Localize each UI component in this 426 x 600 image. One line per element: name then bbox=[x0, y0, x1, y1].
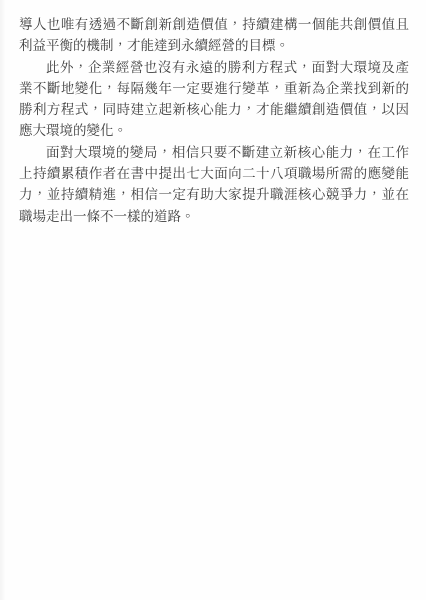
paragraph-2: 此外，企業經營也沒有永遠的勝利方程式，面對大環境及產業不斷地變化，每隔幾年一定要… bbox=[19, 57, 409, 142]
paragraph-3: 面對大環境的變局，相信只要不斷建立新核心能力，在工作上持續累積作者在書中提出七大… bbox=[19, 142, 409, 227]
book-page: 導人也唯有透過不斷創新創造價值，持續建構一個能共創價值且利益平衡的機制，才能達到… bbox=[0, 0, 426, 600]
body-text-block: 導人也唯有透過不斷創新創造價值，持續建構一個能共創價值且利益平衡的機制，才能達到… bbox=[19, 14, 409, 227]
paragraph-continuation: 導人也唯有透過不斷創新創造價值，持續建構一個能共創價值且利益平衡的機制，才能達到… bbox=[19, 14, 409, 57]
